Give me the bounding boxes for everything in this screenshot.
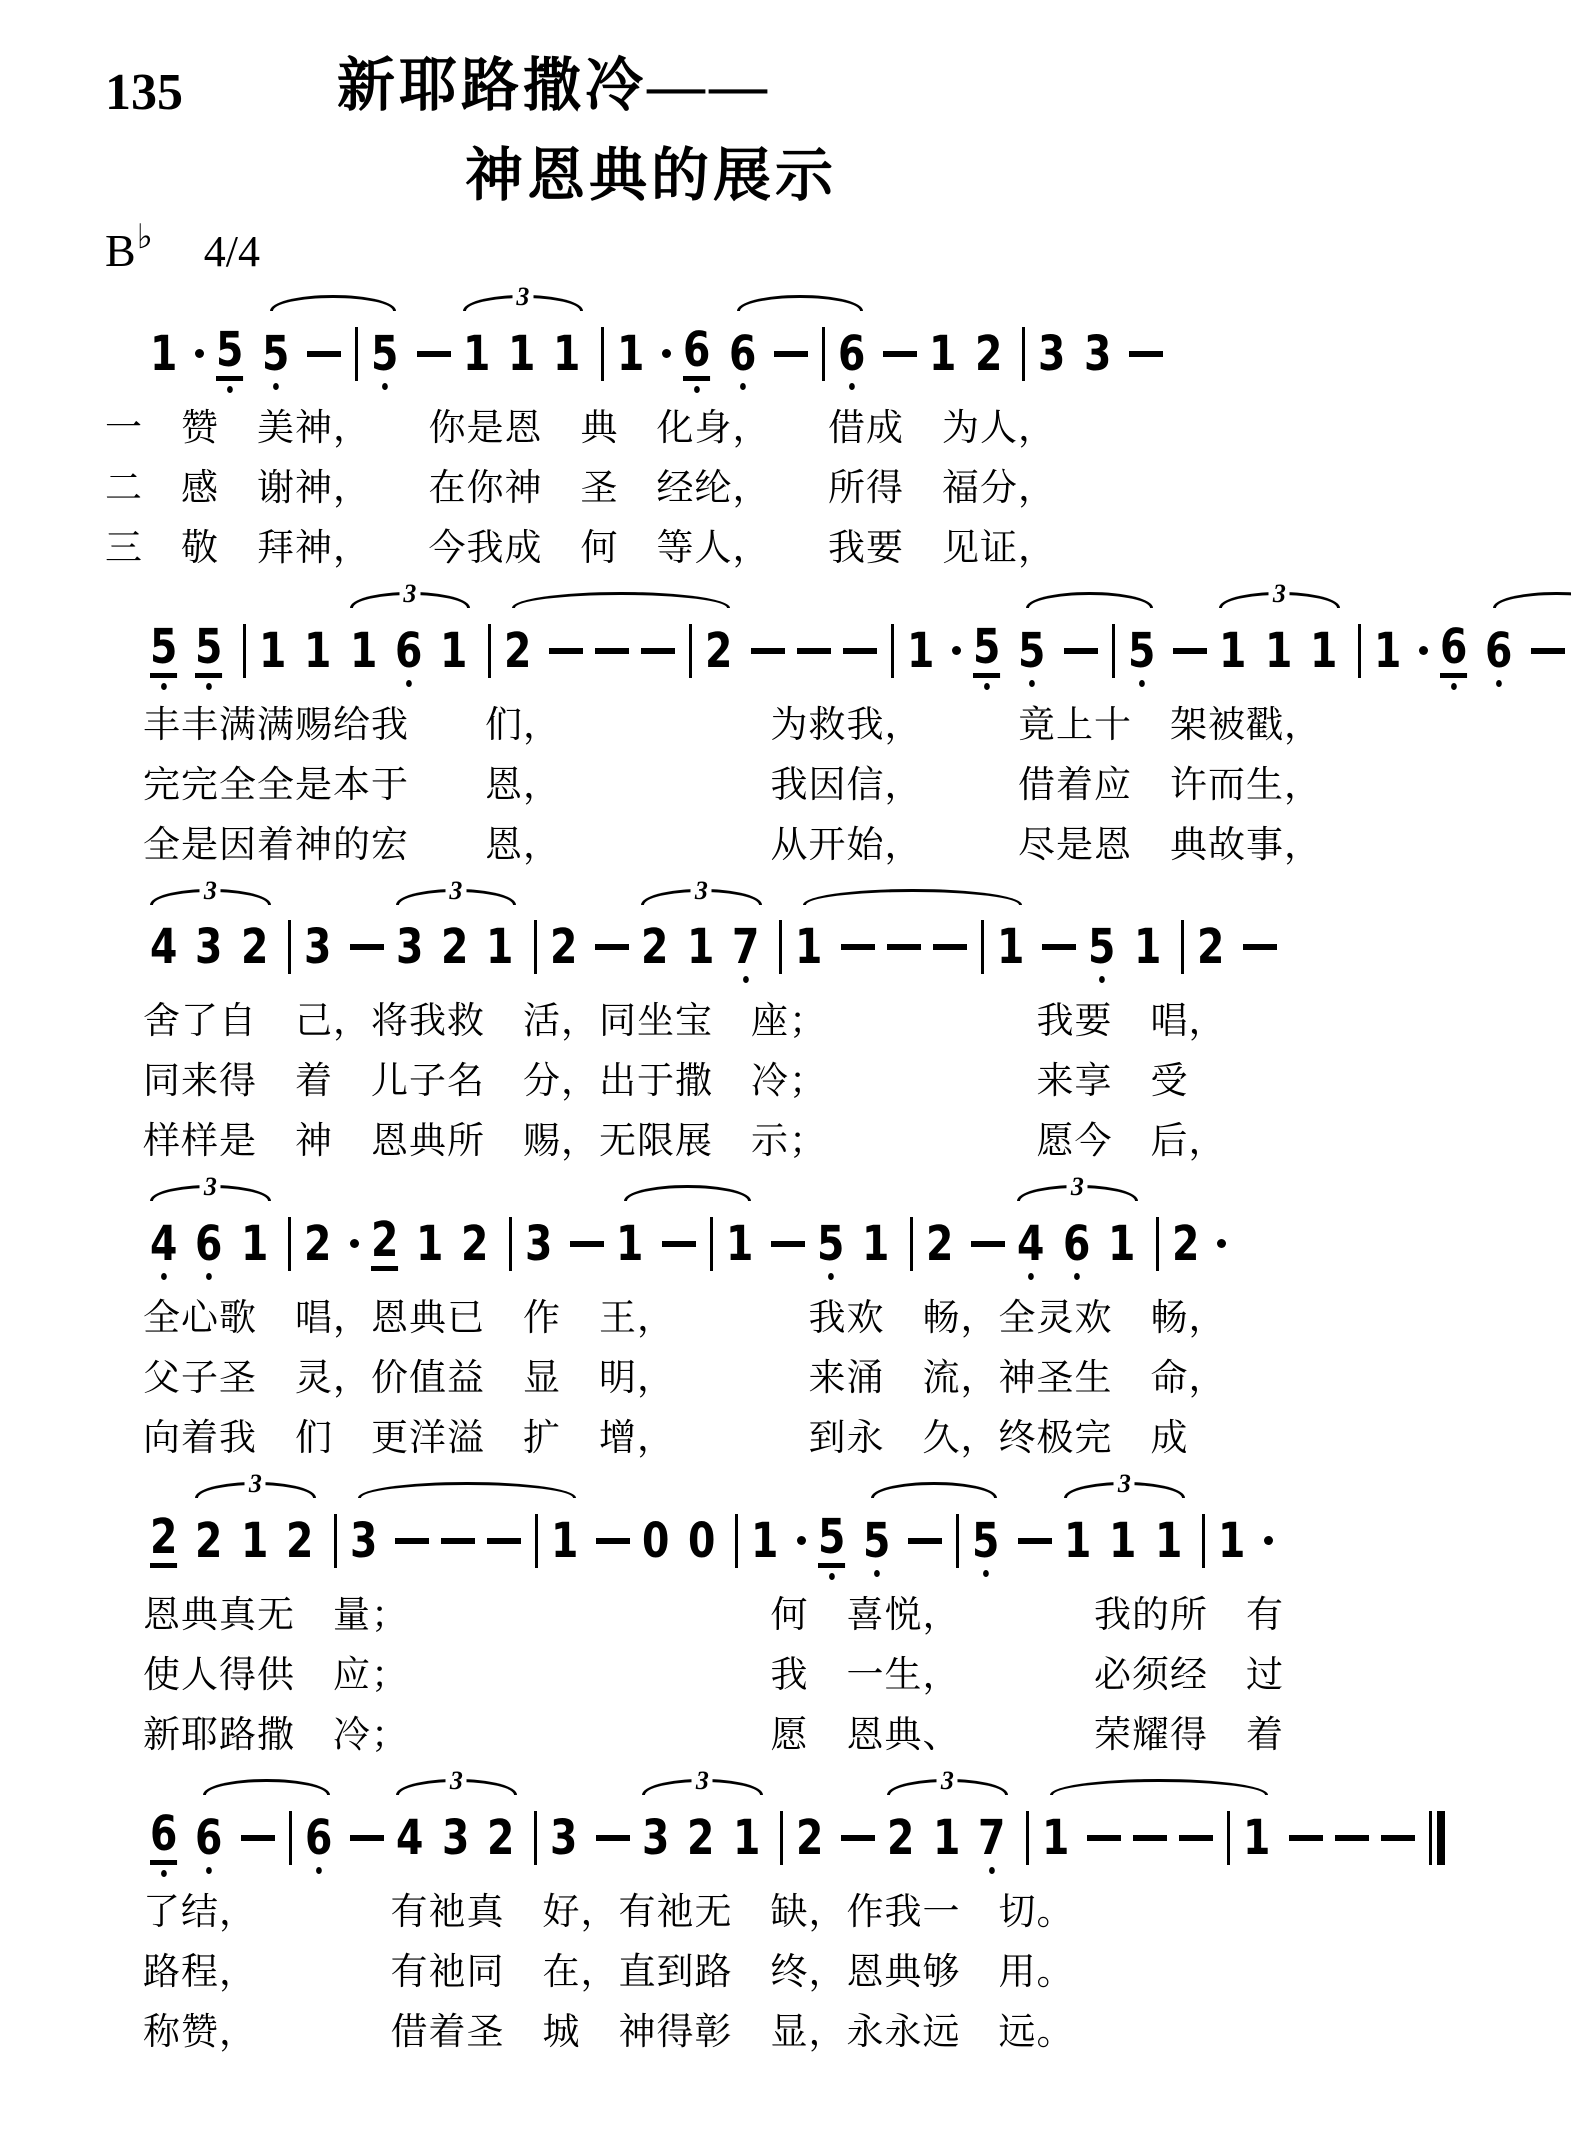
note: 5	[863, 1517, 890, 1565]
augmentation-dot	[1419, 646, 1428, 655]
barline	[735, 1514, 738, 1568]
triplet-arc: 3	[463, 295, 583, 311]
low-octave-dot	[206, 1867, 212, 1874]
note: 5	[972, 1517, 999, 1565]
triplet-arc: 3	[350, 592, 470, 608]
duration-dash	[1087, 1835, 1121, 1841]
augmentation-dot	[350, 1239, 359, 1248]
low-octave-dot	[828, 1273, 834, 1280]
note: 1	[617, 330, 644, 378]
barline	[1112, 624, 1115, 678]
barline	[1358, 624, 1361, 678]
note: 2	[926, 1220, 953, 1268]
note: 1	[1109, 1517, 1136, 1565]
low-octave-dot	[161, 683, 167, 690]
barline	[1181, 920, 1184, 974]
score: 1555111166612333一 赞 美神， 你是恩 典 化身， 借成 为人，…	[105, 290, 1531, 2063]
barline	[509, 1217, 512, 1271]
note: 1	[1042, 1814, 1069, 1862]
lyric-line: 使人得供 应； 我 一生， 必须经 过	[105, 1646, 1531, 1706]
triplet-arc: 3	[1017, 1185, 1138, 1201]
system-2: 5511161221555111166633 丰丰满满赐给我 们， 为救我， 竟…	[105, 587, 1531, 876]
duration-dash	[1243, 944, 1277, 950]
tie-arc	[624, 1185, 751, 1201]
note: 3	[550, 1814, 577, 1862]
barline	[1156, 1217, 1159, 1271]
low-octave-dot	[206, 1273, 212, 1280]
duration-dash	[1531, 648, 1565, 654]
title-line-1: 新耶路撒冷——	[337, 38, 771, 122]
note: 1	[241, 1517, 268, 1565]
note: 2	[641, 923, 668, 971]
note: 2	[796, 1814, 823, 1862]
barline	[535, 1514, 538, 1568]
note: 2	[461, 1220, 488, 1268]
note: 2	[550, 923, 577, 971]
key-row: B♭ 4/4	[105, 224, 1531, 286]
barline	[288, 1217, 291, 1271]
note: 2	[371, 1216, 398, 1271]
low-octave-dot	[849, 383, 855, 390]
note: 6	[683, 326, 710, 381]
note: 1	[463, 330, 490, 378]
note: 7	[732, 923, 759, 971]
note: 6	[395, 627, 422, 675]
note: 1	[150, 330, 177, 378]
barline	[1227, 1811, 1230, 1865]
duration-dash	[883, 351, 917, 357]
note: 1	[1243, 1814, 1270, 1862]
triplet-arc: 3	[150, 889, 271, 905]
barline	[891, 624, 894, 678]
triplet-arc: 3	[641, 889, 762, 905]
note: 7	[978, 1814, 1005, 1862]
duration-dash	[1381, 1835, 1415, 1841]
barline	[601, 327, 604, 381]
triplet-arc: 3	[1064, 1482, 1185, 1498]
tie-arc	[803, 889, 1022, 905]
notation-line: 221231001555111133	[150, 1477, 1531, 1586]
duration-dash	[241, 1835, 275, 1841]
low-octave-dot	[1099, 976, 1105, 983]
lyric-line: 丰丰满满赐给我 们， 为救我， 竟上十 架被戳，	[105, 696, 1531, 756]
duration-dash	[751, 648, 785, 654]
lyric-line: 完完全全是本于 恩， 我因信， 借着应 许而生，	[105, 756, 1531, 816]
note: 4	[150, 1220, 177, 1268]
duration-dash	[887, 944, 921, 950]
tie-arc	[203, 1779, 330, 1795]
note: 3	[525, 1220, 552, 1268]
low-octave-dot	[694, 386, 700, 393]
barline	[689, 624, 692, 678]
barline	[1202, 1514, 1205, 1568]
note: 6	[150, 1810, 177, 1865]
note: 6	[729, 330, 756, 378]
duration-dash	[641, 648, 675, 654]
low-octave-dot	[1029, 680, 1035, 687]
duration-dash	[774, 351, 808, 357]
note: 2	[487, 1814, 514, 1862]
lyric-line: 恩典真无 量； 何 喜悦， 我的所 有	[105, 1586, 1531, 1646]
note: 4	[1017, 1220, 1044, 1268]
triplet-number: 3	[200, 878, 221, 904]
note: 5	[818, 1513, 845, 1568]
flat-icon: ♭	[137, 219, 153, 256]
duration-dash	[595, 944, 629, 950]
note: 1	[259, 627, 286, 675]
system-4: 4612212311512461233 全心歌 唱，恩典已 作 王， 我欢 畅，…	[105, 1180, 1531, 1469]
note: 1	[1310, 627, 1337, 675]
duration-dash	[441, 1538, 475, 1544]
note: 5	[817, 1220, 844, 1268]
note: 1	[733, 1814, 760, 1862]
duration-dash	[596, 1835, 630, 1841]
note: 5	[973, 623, 1000, 678]
low-octave-dot	[382, 383, 388, 390]
barline	[956, 1514, 959, 1568]
triplet-number: 3	[692, 1768, 713, 1794]
notation-line: 6664323321221711333	[150, 1774, 1531, 1883]
barline	[534, 1811, 537, 1865]
note: 2	[705, 627, 732, 675]
note: 6	[1440, 623, 1467, 678]
duration-dash	[1129, 351, 1163, 357]
duration-dash	[350, 944, 384, 950]
note: 3	[642, 1814, 669, 1862]
low-octave-dot	[406, 680, 412, 687]
duration-dash	[908, 1538, 942, 1544]
note: 1	[726, 1220, 753, 1268]
lyric-line: 三 敬 拜神， 今我成 何 等人， 我要 见证，	[105, 519, 1531, 579]
notation-line: 4323321221711512333	[150, 884, 1531, 992]
triplet-number: 3	[937, 1768, 958, 1794]
low-octave-dot	[743, 976, 749, 983]
note: 1	[1108, 1220, 1135, 1268]
note: 1	[907, 627, 934, 675]
low-octave-dot	[1074, 1273, 1080, 1280]
lyric-line: 父子圣 灵，价值益 显 明， 来涌 流，神圣生 命，	[105, 1349, 1531, 1409]
header-row: 135 新耶路撒冷——	[105, 38, 1531, 122]
lyric-line: 称赞， 借着圣 城 神得彰 显，永永远 远。	[105, 2003, 1531, 2063]
lyrics-block: 一 赞 美神， 你是恩 典 化身， 借成 为人，二 感 谢神， 在你神 圣 经纶…	[105, 399, 1531, 579]
note: 1	[1265, 627, 1292, 675]
tie-arc	[1493, 592, 1571, 608]
notation-line: 1555111166612333	[150, 290, 1531, 399]
final-barline	[1429, 1811, 1445, 1865]
note: 1	[795, 923, 822, 971]
header-row-2: 神恩典的展示	[105, 128, 1531, 212]
triplet-number: 3	[1067, 1174, 1088, 1200]
augmentation-dot	[797, 1536, 806, 1545]
low-octave-dot	[874, 1570, 880, 1577]
low-octave-dot	[989, 1867, 995, 1874]
triplet-arc: 3	[195, 1482, 316, 1498]
note: 5	[1088, 923, 1115, 971]
note: 5	[216, 326, 243, 381]
note: 1	[440, 627, 467, 675]
note: 2	[304, 1220, 331, 1268]
lyric-line: 路程， 有祂同 在，直到路 终，恩典够 用。	[105, 1943, 1531, 2003]
duration-dash	[596, 1538, 630, 1544]
augmentation-dot	[952, 646, 961, 655]
barline	[780, 1811, 783, 1865]
duration-dash	[395, 1538, 429, 1544]
barline	[710, 1217, 713, 1271]
duration-dash	[841, 1835, 875, 1841]
lyric-line: 向着我 们 更洋溢 扩 增， 到永 久，终极完 成	[105, 1409, 1531, 1469]
key-letter: B	[105, 225, 136, 276]
triplet-arc: 3	[150, 1185, 271, 1201]
low-octave-dot	[983, 1570, 989, 1577]
lyrics-block: 恩典真无 量； 何 喜悦， 我的所 有 使人得供 应； 我 一生， 必须经 过 …	[105, 1586, 1531, 1766]
duration-dash	[771, 1241, 805, 1247]
note: 1	[1134, 923, 1161, 971]
note: 1	[933, 1814, 960, 1862]
note: 1	[929, 330, 956, 378]
note: 1	[616, 1220, 643, 1268]
triplet-arc: 3	[396, 889, 516, 905]
barline	[1022, 327, 1025, 381]
tie-arc	[1026, 592, 1153, 608]
note: 6	[305, 1814, 332, 1862]
barline	[488, 624, 491, 678]
duration-dash	[797, 648, 831, 654]
duration-dash	[595, 648, 629, 654]
lyric-line: 二 感 谢神， 在你神 圣 经纶， 所得 福分，	[105, 459, 1531, 519]
note: 6	[1485, 627, 1512, 675]
note: 2	[887, 1814, 914, 1862]
duration-dash	[417, 351, 451, 357]
duration-dash	[971, 1241, 1005, 1247]
barline	[334, 1514, 337, 1568]
low-octave-dot	[1028, 1273, 1034, 1280]
final-barline-thin	[1429, 1811, 1432, 1865]
duration-dash	[549, 648, 583, 654]
triplet-arc: 3	[887, 1779, 1008, 1795]
barline	[1026, 1811, 1029, 1865]
note: 1	[687, 923, 714, 971]
notation-line: 4612212311512461233	[150, 1180, 1531, 1289]
barline	[289, 1811, 292, 1865]
triplet-number: 3	[691, 878, 712, 904]
duration-dash	[487, 1538, 521, 1544]
duration-dash	[1064, 648, 1098, 654]
lyrics-block: 丰丰满满赐给我 们， 为救我， 竟上十 架被戳， 完完全全是本于 恩， 我因信，…	[105, 696, 1531, 876]
triplet-arc: 3	[1219, 592, 1340, 608]
triplet-arc: 3	[642, 1779, 763, 1795]
barline	[981, 920, 984, 974]
note: 3	[195, 923, 222, 971]
note: 6	[1063, 1220, 1090, 1268]
augmentation-dot	[195, 349, 204, 358]
note: 3	[442, 1814, 469, 1862]
lyric-line: 样样是 神 恩典所 赐，无限展 示； 愿今 后，	[105, 1112, 1531, 1172]
time-signature: 4/4	[204, 227, 260, 276]
note: 5	[262, 330, 289, 378]
barline	[910, 1217, 913, 1271]
note: 1	[751, 1517, 778, 1565]
barline	[355, 327, 358, 381]
triplet-number: 3	[512, 284, 533, 310]
note: 2	[687, 1814, 714, 1862]
duration-dash	[933, 944, 967, 950]
note: 6	[838, 330, 865, 378]
note: 3	[396, 923, 423, 971]
barline	[779, 920, 782, 974]
triplet-arc: 3	[396, 1779, 517, 1795]
note: 6	[195, 1220, 222, 1268]
note: 2	[241, 923, 268, 971]
note: 2	[504, 627, 531, 675]
low-octave-dot	[739, 383, 745, 390]
lyrics-block: 舍了自 己，将我救 活，同坐宝 座； 我要 唱， 同来得 着 儿子名 分，出于撒…	[105, 992, 1531, 1172]
low-octave-dot	[206, 683, 212, 690]
note: 1	[486, 923, 513, 971]
note: 1	[1218, 1517, 1245, 1565]
duration-dash	[1335, 1835, 1369, 1841]
rest: 0	[688, 1517, 715, 1565]
triplet-number: 3	[1269, 581, 1290, 607]
lyric-line: 全是因着神的宏 恩， 从开始， 尽是恩 典故事，	[105, 816, 1531, 876]
augmentation-dot	[1217, 1239, 1226, 1248]
note: 4	[396, 1814, 423, 1862]
note: 1	[997, 923, 1024, 971]
note: 1	[551, 1517, 578, 1565]
system-1: 1555111166612333一 赞 美神， 你是恩 典 化身， 借成 为人，…	[105, 290, 1531, 579]
triplet-number: 3	[1114, 1471, 1135, 1497]
note: 1	[304, 627, 331, 675]
system-6: 6664323321221711333 了结， 有祂真 好，有祂无 缺，作我一 …	[105, 1774, 1531, 2063]
lyric-line: 舍了自 己，将我救 活，同坐宝 座； 我要 唱，	[105, 992, 1531, 1052]
augmentation-dot	[662, 349, 671, 358]
lyric-line: 全心歌 唱，恩典已 作 王， 我欢 畅，全灵欢 畅，	[105, 1289, 1531, 1349]
note: 2	[286, 1517, 313, 1565]
triplet-number: 3	[445, 878, 466, 904]
note: 6	[195, 1814, 222, 1862]
note: 5	[150, 623, 177, 678]
note: 1	[1155, 1517, 1182, 1565]
notation-line: 5511161221555111166633	[150, 587, 1531, 696]
lyric-line: 同来得 着 儿子名 分，出于撒 冷； 来享 受	[105, 1052, 1531, 1112]
final-barline-thick	[1437, 1811, 1445, 1865]
triplet-number: 3	[200, 1174, 221, 1200]
note: 3	[1038, 330, 1065, 378]
duration-dash	[1173, 648, 1207, 654]
note: 2	[195, 1517, 222, 1565]
tie-arc	[1050, 1779, 1268, 1795]
note: 2	[1172, 1220, 1199, 1268]
low-octave-dot	[1451, 683, 1457, 690]
note: 1	[241, 1220, 268, 1268]
hymn-page: 135 新耶路撒冷—— 神恩典的展示 B♭ 4/4 15551111666123…	[0, 0, 1571, 2138]
note: 1	[1064, 1517, 1091, 1565]
note: 5	[1128, 627, 1155, 675]
low-octave-dot	[161, 1870, 167, 1877]
note: 3	[350, 1517, 377, 1565]
low-octave-dot	[273, 383, 279, 390]
title-line-2: 神恩典的展示	[465, 128, 837, 212]
lyric-line: 一 赞 美神， 你是恩 典 化身， 借成 为人，	[105, 399, 1531, 459]
system-3: 4323321221711512333 舍了自 己，将我救 活，同坐宝 座； 我…	[105, 884, 1531, 1172]
barline	[534, 920, 537, 974]
note: 1	[553, 330, 580, 378]
augmentation-dot	[1264, 1536, 1273, 1545]
note: 2	[975, 330, 1002, 378]
triplet-number: 3	[399, 581, 420, 607]
note: 1	[1374, 627, 1401, 675]
lyric-line: 了结， 有祂真 好，有祂无 缺，作我一 切。	[105, 1883, 1531, 1943]
barline	[822, 327, 825, 381]
duration-dash	[1018, 1538, 1052, 1544]
tie-arc	[358, 1482, 576, 1498]
low-octave-dot	[1139, 680, 1145, 687]
low-octave-dot	[316, 1867, 322, 1874]
barline	[243, 624, 246, 678]
duration-dash	[1179, 1835, 1213, 1841]
note: 2	[150, 1513, 177, 1568]
hymn-number: 135	[105, 63, 183, 122]
low-octave-dot	[828, 1573, 834, 1580]
duration-dash	[841, 944, 875, 950]
duration-dash	[1133, 1835, 1167, 1841]
note: 5	[195, 623, 222, 678]
duration-dash	[1042, 944, 1076, 950]
note: 1	[350, 627, 377, 675]
duration-dash	[843, 648, 877, 654]
triplet-number: 3	[446, 1768, 467, 1794]
duration-dash	[350, 1835, 384, 1841]
low-octave-dot	[227, 386, 233, 393]
duration-dash	[662, 1241, 696, 1247]
low-octave-dot	[161, 1273, 167, 1280]
lyric-line: 新耶路撒 冷； 愿 恩典、 荣耀得 着	[105, 1706, 1531, 1766]
note: 5	[1018, 627, 1045, 675]
rest: 0	[642, 1517, 669, 1565]
lyrics-block: 了结， 有祂真 好，有祂无 缺，作我一 切。 路程， 有祂同 在，直到路 终，恩…	[105, 1883, 1531, 2063]
lyrics-block: 全心歌 唱，恩典已 作 王， 我欢 畅，全灵欢 畅， 父子圣 灵，价值益 显 明…	[105, 1289, 1531, 1469]
duration-dash	[1289, 1835, 1323, 1841]
note: 1	[416, 1220, 443, 1268]
note: 4	[150, 923, 177, 971]
duration-dash	[570, 1241, 604, 1247]
triplet-number: 3	[245, 1471, 266, 1497]
duration-dash	[307, 351, 341, 357]
note: 5	[371, 330, 398, 378]
system-5: 221231001555111133 恩典真无 量； 何 喜悦， 我的所 有 使…	[105, 1477, 1531, 1766]
tie-arc	[871, 1482, 997, 1498]
note: 3	[1084, 330, 1111, 378]
tie-arc	[270, 295, 396, 311]
low-octave-dot	[1496, 680, 1502, 687]
note: 1	[508, 330, 535, 378]
note: 2	[1197, 923, 1224, 971]
note: 1	[1219, 627, 1246, 675]
note: 1	[862, 1220, 889, 1268]
note: 2	[441, 923, 468, 971]
tie-arc	[512, 592, 730, 608]
low-octave-dot	[984, 683, 990, 690]
tie-arc	[737, 295, 863, 311]
barline	[288, 920, 291, 974]
note: 3	[304, 923, 331, 971]
